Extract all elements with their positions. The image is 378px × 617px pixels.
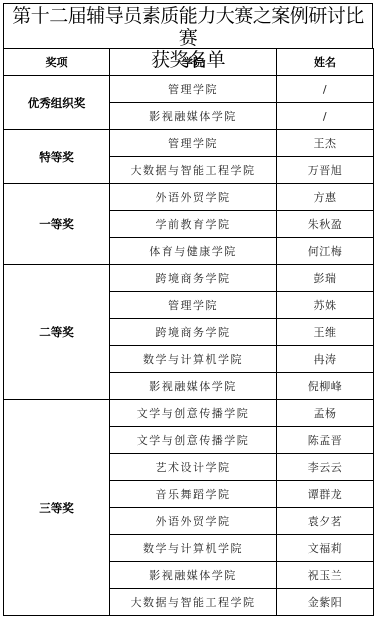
name-cell: 冉涛 — [277, 346, 374, 373]
header-award: 奖项 — [4, 49, 110, 76]
college-cell: 体育与健康学院 — [110, 238, 277, 265]
award-cell: 三等奖 — [4, 400, 110, 616]
award-cell: 特等奖 — [4, 130, 110, 184]
name-cell: 金紫阳 — [277, 589, 374, 616]
name-cell: 孟杨 — [277, 400, 374, 427]
name-cell: / — [277, 76, 374, 103]
header-name: 姓名 — [277, 49, 374, 76]
college-cell: 艺术设计学院 — [110, 454, 277, 481]
college-cell: 文学与创意传播学院 — [110, 427, 277, 454]
college-cell: 跨境商务学院 — [110, 265, 277, 292]
table-row: 一等奖 外语外贸学院 方惠 — [4, 184, 374, 211]
award-list-document: 第十二届辅导员素质能力大赛之案例研讨比赛 获奖名单 奖项 学院 姓名 优秀组织奖… — [3, 3, 373, 616]
name-cell: 王杰 — [277, 130, 374, 157]
name-cell: 王维 — [277, 319, 374, 346]
document-title: 第十二届辅导员素质能力大赛之案例研讨比赛 获奖名单 — [3, 3, 373, 48]
name-cell: 谭群龙 — [277, 481, 374, 508]
award-cell: 优秀组织奖 — [4, 76, 110, 130]
name-cell: 倪柳峰 — [277, 373, 374, 400]
college-cell: 跨境商务学院 — [110, 319, 277, 346]
table-row: 三等奖 文学与创意传播学院 孟杨 — [4, 400, 374, 427]
table-row: 二等奖 跨境商务学院 彭瑞 — [4, 265, 374, 292]
college-cell: 管理学院 — [110, 130, 277, 157]
award-cell: 一等奖 — [4, 184, 110, 265]
award-cell: 二等奖 — [4, 265, 110, 400]
name-cell: 祝玉兰 — [277, 562, 374, 589]
college-cell: 文学与创意传播学院 — [110, 400, 277, 427]
award-table: 奖项 学院 姓名 优秀组织奖 管理学院 / 影视融媒体学院 / 特等奖 管理学院… — [3, 48, 374, 616]
table-row: 优秀组织奖 管理学院 / — [4, 76, 374, 103]
name-cell: 文福莉 — [277, 535, 374, 562]
college-cell: 管理学院 — [110, 76, 277, 103]
title-line-1: 第十二届辅导员素质能力大赛之案例研讨比赛 — [4, 5, 372, 49]
name-cell: 朱秋盈 — [277, 211, 374, 238]
college-cell: 数学与计算机学院 — [110, 535, 277, 562]
name-cell: 陈孟晋 — [277, 427, 374, 454]
table-row: 特等奖 管理学院 王杰 — [4, 130, 374, 157]
college-cell: 学前教育学院 — [110, 211, 277, 238]
college-cell: 数学与计算机学院 — [110, 346, 277, 373]
college-cell: 外语外贸学院 — [110, 184, 277, 211]
name-cell: 苏姝 — [277, 292, 374, 319]
college-cell: 管理学院 — [110, 292, 277, 319]
college-cell: 外语外贸学院 — [110, 508, 277, 535]
name-cell: 万晋旭 — [277, 157, 374, 184]
college-cell: 影视融媒体学院 — [110, 103, 277, 130]
name-cell: 李云云 — [277, 454, 374, 481]
name-cell: / — [277, 103, 374, 130]
name-cell: 何江梅 — [277, 238, 374, 265]
college-cell: 影视融媒体学院 — [110, 562, 277, 589]
name-cell: 袁夕茗 — [277, 508, 374, 535]
college-cell: 影视融媒体学院 — [110, 373, 277, 400]
name-cell: 方惠 — [277, 184, 374, 211]
name-cell: 彭瑞 — [277, 265, 374, 292]
college-cell: 音乐舞蹈学院 — [110, 481, 277, 508]
college-cell: 大数据与智能工程学院 — [110, 157, 277, 184]
college-cell: 大数据与智能工程学院 — [110, 589, 277, 616]
